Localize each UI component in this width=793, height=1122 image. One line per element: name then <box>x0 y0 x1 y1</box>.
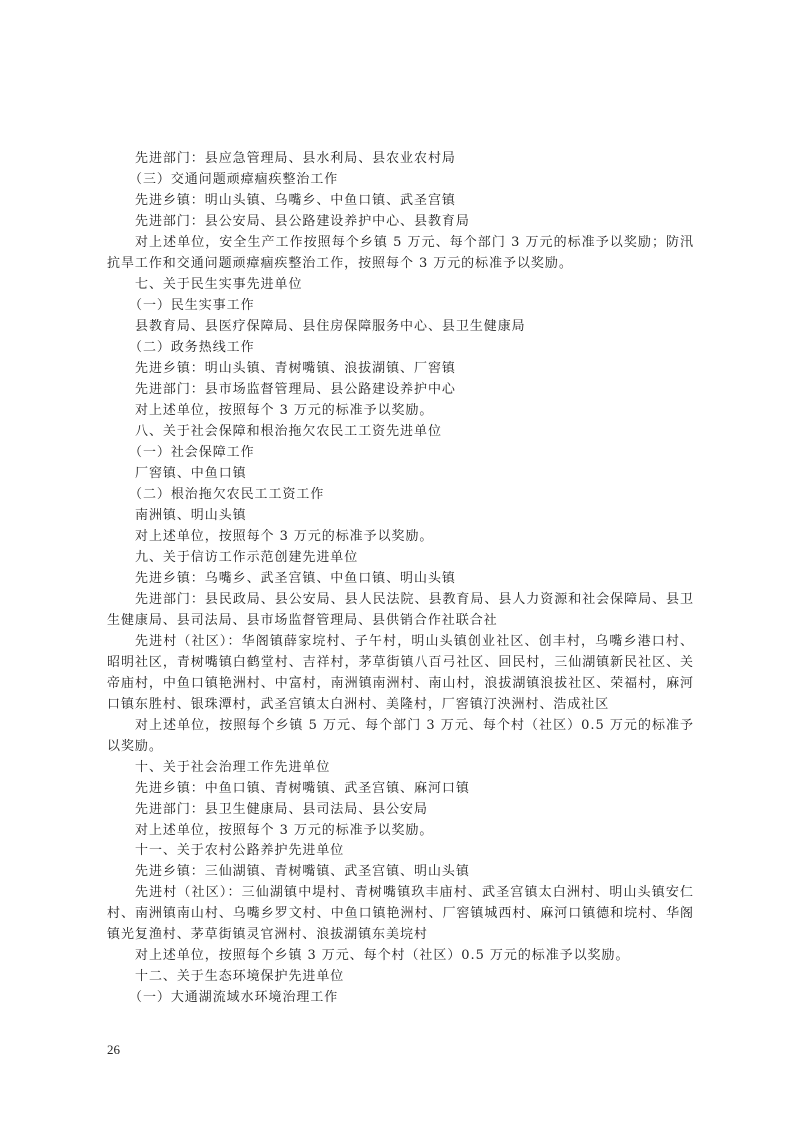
paragraph-governance-depts: 先进部门：县卫生健康局、县司法局、县公安局 <box>107 800 694 821</box>
paragraph-hotline-towns: 先进乡镇：明山头镇、青树嘴镇、浪拔湖镇、厂窖镇 <box>107 359 694 380</box>
page-number: 26 <box>107 1042 120 1058</box>
paragraph-traffic-towns: 先进乡镇：明山头镇、乌嘴乡、中鱼口镇、武圣宫镇 <box>107 191 694 212</box>
document-body: 先进部门：县应急管理局、县水利局、县农业农村局 （三）交通问题顽瘴痼疾整治工作 … <box>107 149 694 1009</box>
paragraph-section-9-reward: 对上述单位，按照每个乡镇 5 万元、每个部门 3 万元、每个村（社区）0.5 万… <box>107 716 694 758</box>
heading-section-7: 七、关于民生实事先进单位 <box>107 275 694 296</box>
paragraph-social-security-units: 厂窖镇、中鱼口镇 <box>107 464 694 485</box>
paragraph-petition-depts: 先进部门：县民政局、县公安局、县人民法院、县教育局、县人力资源和社会保障局、县卫… <box>107 590 694 632</box>
paragraph-section-10-reward: 对上述单位，按照每个 3 万元的标准予以奖励。 <box>107 821 694 842</box>
heading-section-12: 十二、关于生态环境保护先进单位 <box>107 967 694 988</box>
subheading-traffic-rectification: （三）交通问题顽瘴痼疾整治工作 <box>107 170 694 191</box>
subheading-social-security: （一）社会保障工作 <box>107 443 694 464</box>
paragraph-petition-towns: 先进乡镇：乌嘴乡、武圣宫镇、中鱼口镇、明山头镇 <box>107 569 694 590</box>
paragraph-dept-emergency: 先进部门：县应急管理局、县水利局、县农业农村局 <box>107 149 694 170</box>
paragraph-safety-reward: 对上述单位，安全生产工作按照每个乡镇 5 万元、每个部门 3 万元的标准予以奖励… <box>107 233 694 275</box>
paragraph-road-villages: 先进村（社区）：三仙湖镇中堤村、青树嘴镇玖丰庙村、武圣宫镇太白洲村、明山头镇安仁… <box>107 883 694 946</box>
paragraph-petition-villages: 先进村（社区）：华阁镇薛家垸村、子午村，明山头镇创业社区、创丰村，乌嘴乡港口村、… <box>107 632 694 716</box>
subheading-livelihood: （一）民生实事工作 <box>107 296 694 317</box>
heading-section-10: 十、关于社会治理工作先进单位 <box>107 758 694 779</box>
paragraph-livelihood-units: 县教育局、县医疗保障局、县住房保障服务中心、县卫生健康局 <box>107 317 694 338</box>
subheading-wage-arrears: （二）根治拖欠农民工工资工作 <box>107 485 694 506</box>
paragraph-governance-towns: 先进乡镇：中鱼口镇、青树嘴镇、武圣宫镇、麻河口镇 <box>107 779 694 800</box>
paragraph-section-8-reward: 对上述单位，按照每个 3 万元的标准予以奖励。 <box>107 527 694 548</box>
paragraph-section-11-reward: 对上述单位，按照每个乡镇 3 万元、每个村（社区）0.5 万元的标准予以奖励。 <box>107 946 694 967</box>
paragraph-traffic-depts: 先进部门：县公安局、县公路建设养护中心、县教育局 <box>107 212 694 233</box>
paragraph-section-7-reward: 对上述单位，按照每个 3 万元的标准予以奖励。 <box>107 401 694 422</box>
paragraph-hotline-depts: 先进部门：县市场监督管理局、县公路建设养护中心 <box>107 380 694 401</box>
heading-section-11: 十一、关于农村公路养护先进单位 <box>107 841 694 862</box>
subheading-datong-lake: （一）大通湖流域水环境治理工作 <box>107 988 694 1009</box>
heading-section-9: 九、关于信访工作示范创建先进单位 <box>107 548 694 569</box>
paragraph-wage-arrears-units: 南洲镇、明山头镇 <box>107 506 694 527</box>
heading-section-8: 八、关于社会保障和根治拖欠农民工工资先进单位 <box>107 422 694 443</box>
subheading-hotline: （二）政务热线工作 <box>107 338 694 359</box>
paragraph-road-towns: 先进乡镇：三仙湖镇、青树嘴镇、武圣宫镇、明山头镇 <box>107 862 694 883</box>
